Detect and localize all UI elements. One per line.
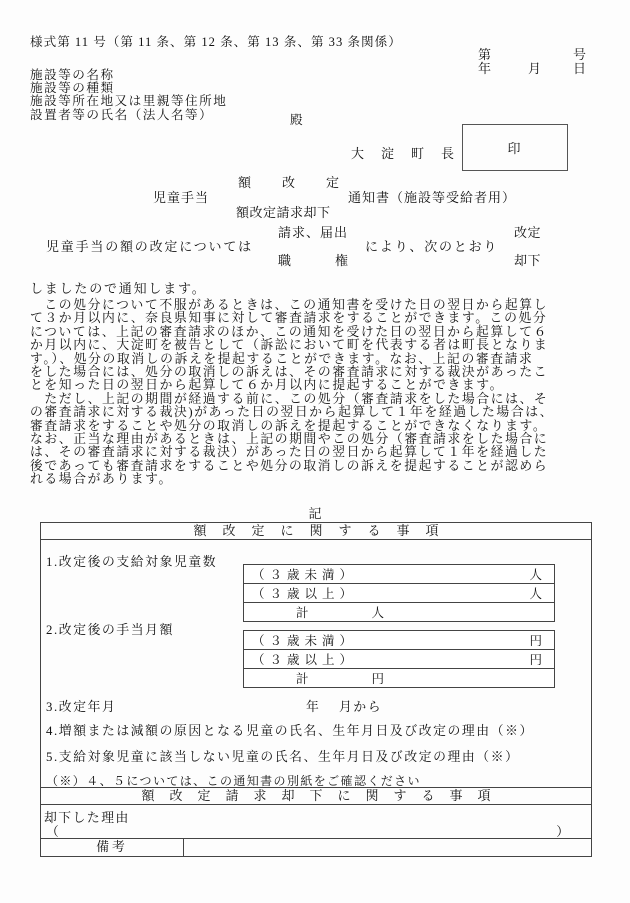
main-table: 額改定に関する事項 1.改定後の支給対象児童数 （３歳未満） 人 （３歳以上） … (40, 522, 592, 857)
facility-address-label: 施設等所在地又は里親等住所地 (30, 95, 227, 108)
founder-name-label: 設置者等の氏名（法人名等） (30, 109, 227, 122)
under3-count-unit: 人 (529, 565, 554, 583)
attachment-note: （※）４、５については、この通知書の別紙をご確認ください (46, 772, 421, 789)
statement-alt1-top: 請求、届出 (278, 222, 348, 241)
table-row: （３歳以上） 人 (244, 584, 554, 603)
revision-year-label: 年 (306, 696, 320, 715)
notice-line: 後であっても審査請求をすることや処分の取消しの訴えを提起することが認めら (30, 460, 605, 473)
over3-count-label: （３歳以上） (244, 584, 357, 602)
under3-amount-unit: 円 (529, 631, 554, 649)
table-row: （３歳以上） 円 (244, 650, 554, 669)
appeal-notice: この処分について不服があるときは、この通知書を受けた日の翌日から起算し て３か月… (30, 299, 605, 487)
over3-amount-label: （３歳以上） (244, 650, 357, 668)
notice-line: の審査請求に対する裁決)があった日の翌日から起算して１年を経過した場合は、 (30, 406, 605, 419)
over3-amount-unit: 円 (529, 650, 554, 668)
paren-open: （ (46, 821, 59, 840)
amount-total-unit: 円 (372, 669, 385, 687)
seal-box: 印 (462, 124, 568, 171)
recipient-block: 施設等の名称 施設等の種類 施設等所在地又は里親等住所地 設置者等の氏名（法人名… (30, 69, 227, 122)
statement-closing: しましたので通知します。 (30, 278, 207, 297)
item5-label: 5.支給対象児童に該当しない児童の氏名、生年月日及び改定の理由（※） (46, 746, 520, 765)
title-suffix: 通知書（施設等受給者用） (348, 187, 516, 206)
section2-header: 額改定請求却下に関する事項 (41, 787, 591, 805)
amount-total-label: 計 (244, 669, 310, 687)
item1-label: 1.改定後の支給対象児童数 (46, 551, 217, 570)
ki-marker: 記 (0, 503, 630, 522)
statement-lead: 児童手当の額の改定については (46, 236, 253, 255)
statement-alt2-bottom: 却下 (514, 250, 541, 269)
revision-month-label: 月から (339, 696, 382, 715)
count-total-unit: 人 (372, 603, 385, 621)
date-day-label: 日 (573, 58, 586, 77)
title-prefix: 児童手当 (153, 187, 209, 206)
notice-line: は、その審査請求に対する裁決）があった日の翌日から起算して１年を経過した (30, 446, 605, 459)
notice-line: て３か月以内に、奈良県知事に対して審査請求をすることができます。この処分 (30, 312, 605, 325)
over3-count-unit: 人 (529, 584, 554, 602)
title-alt-bottom: 額改定請求却下 (236, 202, 331, 221)
item4-label: 4.増額または減額の原因となる児童の氏名、生年月日及び改定の理由（※） (46, 720, 534, 739)
form-number: 様式第 11 号（第 11 条、第 12 条、第 13 条、第 33 条関係） (30, 31, 402, 50)
remarks-value (184, 839, 591, 856)
statement-alt1-bottom: 職 権 (278, 250, 354, 269)
notice-line: れる場合があります。 (30, 473, 605, 486)
date-year-label: 年 (478, 58, 491, 77)
child-count-subtable: （３歳未満） 人 （３歳以上） 人 計 人 (243, 564, 555, 622)
mayor-title: 大淀町長 (351, 143, 471, 162)
table-row: （３歳未満） 人 (244, 565, 554, 584)
notice-line: か月以内に、大淀町を被告として（訴訟において町を代表する者は町長となりま (30, 339, 605, 352)
honorific-dono: 殿 (290, 109, 303, 128)
table-row: 計 人 (244, 603, 554, 621)
table-row: （３歳未満） 円 (244, 631, 554, 650)
under3-amount-label: （３歳未満） (244, 631, 357, 649)
table-row: 計 円 (244, 669, 554, 687)
revision-details-cell: 1.改定後の支給対象児童数 （３歳未満） 人 （３歳以上） 人 計 人 2.改定… (41, 540, 591, 787)
item3-label: 3.改定年月 (46, 696, 116, 715)
statement-alt2-top: 改定 (514, 222, 541, 241)
statement-mid: により、次のとおり (365, 236, 498, 255)
under3-count-label: （３歳未満） (244, 565, 357, 583)
monthly-amount-subtable: （３歳未満） 円 （３歳以上） 円 計 円 (243, 630, 555, 688)
item2-label: 2.改定後の手当月額 (46, 619, 174, 638)
notice-line: とを知った日の翌日から起算して６か月以内に提起することができます。 (30, 379, 605, 392)
section1-header: 額改定に関する事項 (41, 523, 591, 540)
seal-mark: 印 (507, 138, 522, 157)
rejection-reason-row: 却下した理由 （ ） (41, 805, 591, 838)
title-alt-top: 額 改 定 (238, 172, 348, 191)
document-page: 様式第 11 号（第 11 条、第 12 条、第 13 条、第 33 条関係） … (0, 0, 630, 903)
count-total-label: 計 (244, 603, 310, 621)
paren-close: ） (556, 821, 569, 840)
remarks-label: 備考 (41, 839, 184, 856)
date-month-label: 月 (528, 58, 541, 77)
remarks-row: 備考 (41, 838, 591, 856)
